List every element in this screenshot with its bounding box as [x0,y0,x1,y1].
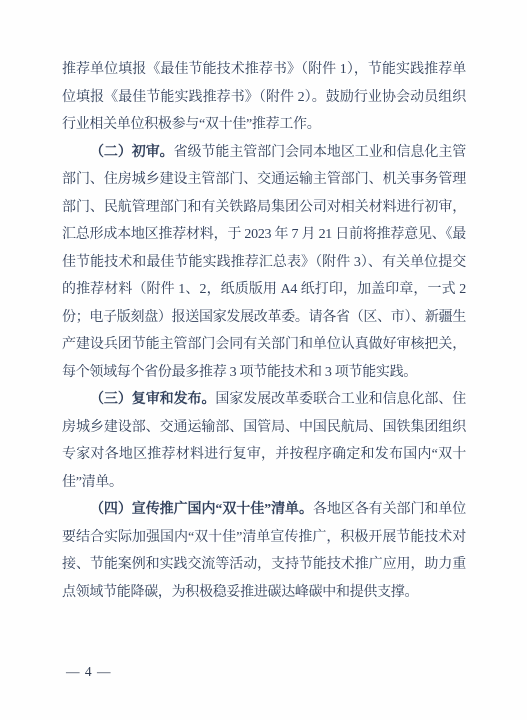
paragraph-continuation: 推荐单位填报《最佳节能技术推荐书》（附件 1），节能实践推荐单位填报《最佳节能实… [62,56,466,139]
section-heading: （二）初审。 [90,145,174,160]
section-heading: （四）宣传推广国内“双十佳”清单。 [90,502,313,517]
paragraph-section-2: （二）初审。省级节能主管部门会同本地区工业和信息化主管部门、住房城乡建设主管部门… [62,139,466,387]
paragraph-text: 推荐单位填报《最佳节能技术推荐书》（附件 1），节能实践推荐单位填报《最佳节能实… [62,62,466,132]
document-page: 推荐单位填报《最佳节能技术推荐书》（附件 1），节能实践推荐单位填报《最佳节能实… [0,0,527,720]
paragraph-section-4: （四）宣传推广国内“双十佳”清单。各地区各有关部门和单位要结合实际加强国内“双十… [62,496,466,606]
paragraph-section-3: （三）复审和发布。国家发展改革委联合工业和信息化部、住房城乡建设部、交通运输部、… [62,386,466,496]
section-heading: （三）复审和发布。 [90,392,215,407]
document-body: 推荐单位填报《最佳节能技术推荐书》（附件 1），节能实践推荐单位填报《最佳节能实… [62,56,466,606]
paragraph-text: 省级节能主管部门会同本地区工业和信息化主管部门、住房城乡建设主管部门、交通运输主… [62,145,466,380]
page-number: — 4 — [66,662,112,682]
